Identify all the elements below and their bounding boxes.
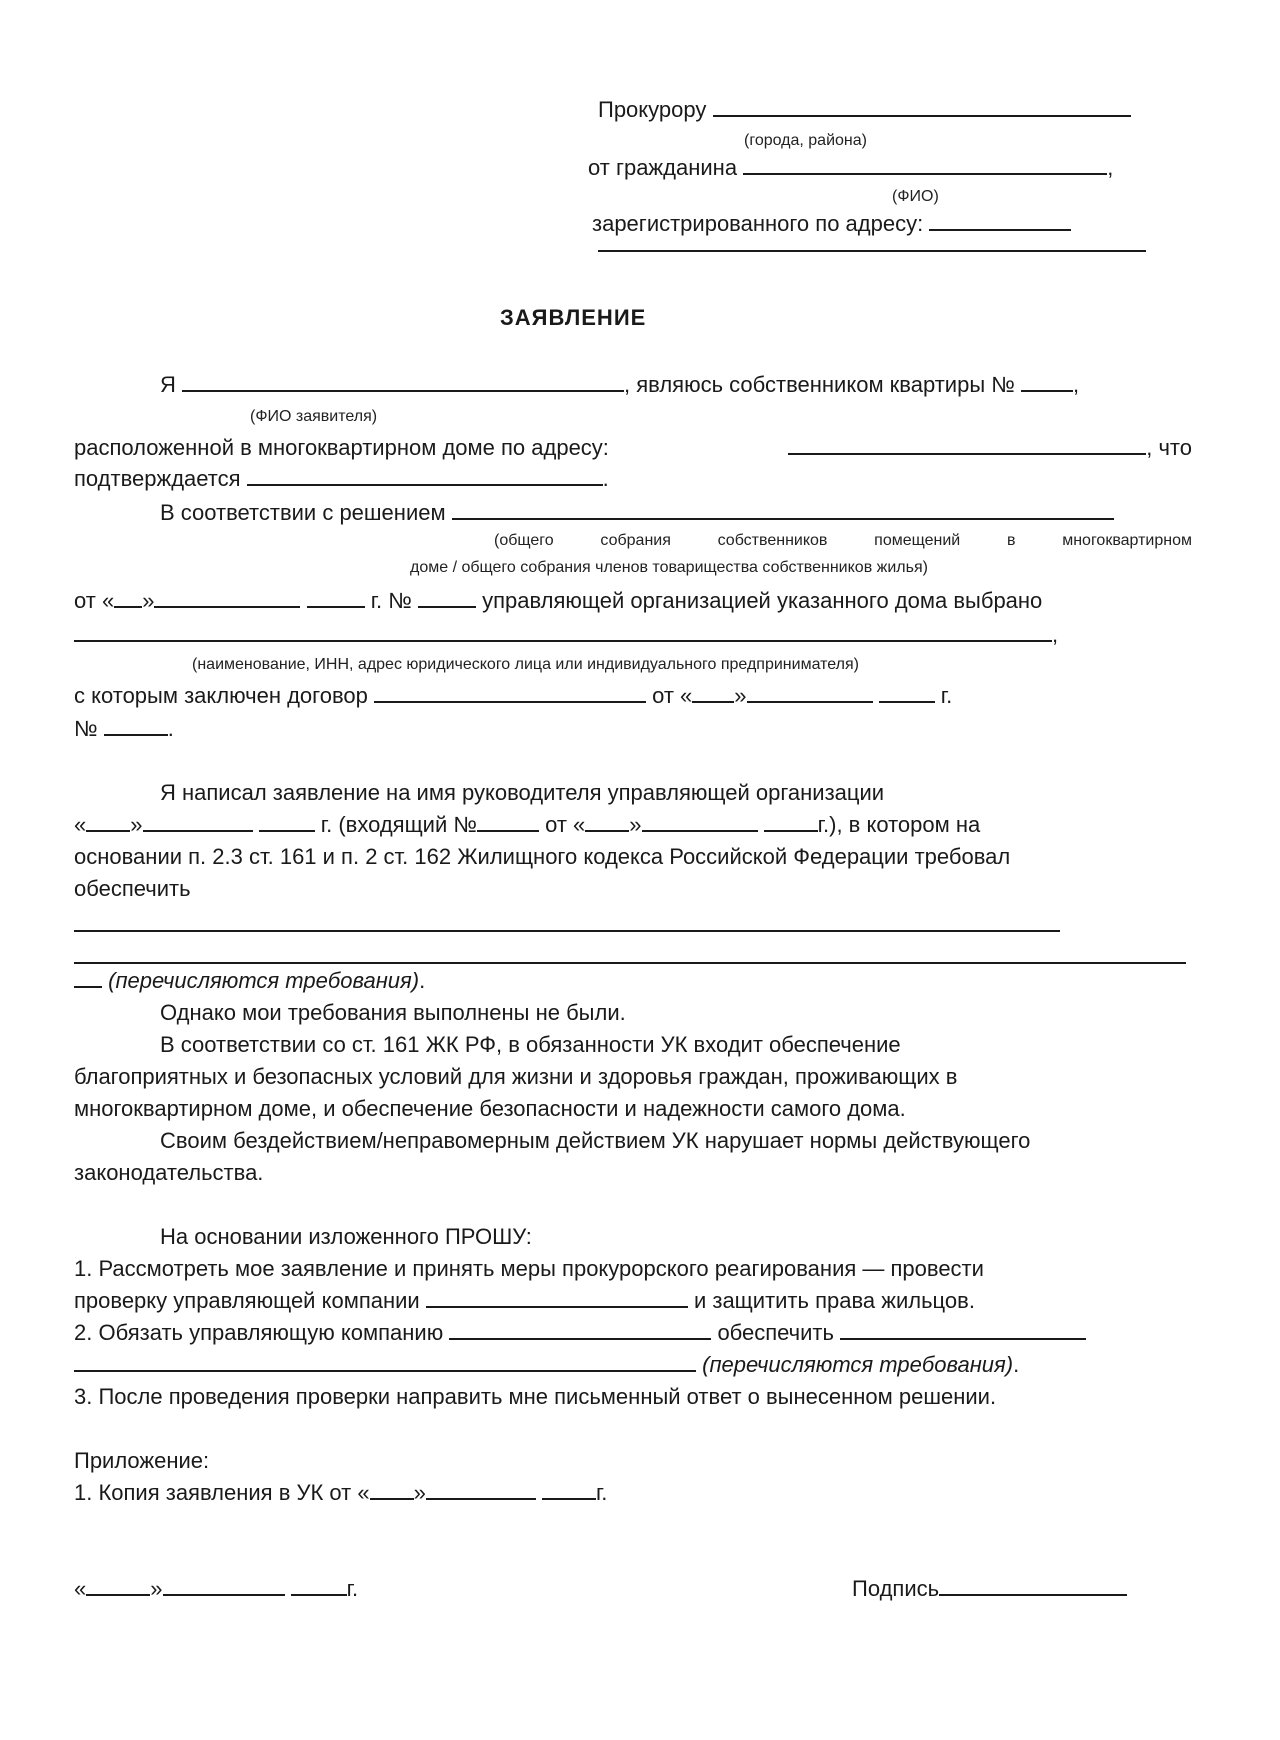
- complaint-month-field[interactable]: [143, 812, 253, 832]
- ensure-field[interactable]: [840, 1320, 1086, 1340]
- addressee-line: Прокурору: [598, 97, 1131, 123]
- according-text: В соответствии с решением: [160, 500, 446, 525]
- complaint-line-4: обеспечить: [74, 876, 191, 902]
- from-line: от гражданина ,: [588, 155, 1113, 181]
- incoming-number-field[interactable]: [477, 812, 539, 832]
- signature-line: Подпись: [852, 1576, 1127, 1602]
- attachment-year-field[interactable]: [542, 1480, 596, 1500]
- complaint-line-1: Я написал заявление на имя руководителя …: [160, 780, 884, 806]
- address-line: зарегистрированного по адресу:: [592, 211, 1071, 237]
- address-field-continued[interactable]: [598, 250, 1146, 252]
- owner-line: Я , являюсь собственником квартиры № ,: [160, 372, 1079, 398]
- attachment-label: Приложение:: [74, 1448, 209, 1474]
- document-title: ЗАЯВЛЕНИЕ: [500, 305, 646, 331]
- confirmed-line: подтверждается .: [74, 466, 609, 492]
- requirements-hint: (перечисляются требования): [108, 968, 419, 993]
- requirements-hint-line: (перечисляются требования).: [74, 968, 425, 994]
- applicant-hint: (ФИО заявителя): [250, 408, 377, 426]
- request-intro: На основании изложенного ПРОШУ:: [160, 1224, 532, 1250]
- org-line: ,: [74, 622, 1058, 648]
- apartment-number-field[interactable]: [1021, 372, 1073, 392]
- prosecutor-field[interactable]: [713, 97, 1131, 117]
- complaint-year-field[interactable]: [259, 812, 315, 832]
- duty-line-3: многоквартирном доме, и обеспечение безо…: [74, 1096, 906, 1122]
- footer-date: «» г.: [74, 1576, 358, 1602]
- duty-line-2: благоприятных и безопасных условий для ж…: [74, 1064, 957, 1090]
- to-hint: (города, района): [744, 132, 867, 150]
- incoming-day-field[interactable]: [585, 812, 629, 832]
- request-item-3: 3. После проведения проверки направить м…: [74, 1384, 996, 1410]
- to-label: Прокурору: [598, 97, 706, 122]
- footer-day-field[interactable]: [86, 1576, 150, 1596]
- applicant-name-field[interactable]: [182, 372, 624, 392]
- request-item-2-line-1: 2. Обязать управляющую компанию обеспечи…: [74, 1320, 1086, 1346]
- request-requirements-hint: (перечисляются требования): [702, 1352, 1013, 1377]
- located-text: расположенной в многоквартирном доме по …: [74, 435, 609, 461]
- decision-month-field[interactable]: [154, 588, 300, 608]
- incoming-year-field[interactable]: [764, 812, 818, 832]
- management-org-field[interactable]: [74, 622, 1052, 642]
- decision-number-field[interactable]: [418, 588, 476, 608]
- not-fulfilled-text: Однако мои требования выполнены не были.: [160, 1000, 626, 1026]
- attachment-item-1: 1. Копия заявления в УК от «» г.: [74, 1480, 607, 1506]
- contract-number-field[interactable]: [104, 716, 168, 736]
- decision-date-line: от «» г. № управляющей организацией указ…: [74, 588, 1042, 614]
- from-hint: (ФИО): [892, 188, 939, 206]
- complaint-line-3: основании п. 2.3 ст. 161 и п. 2 ст. 162 …: [74, 844, 1010, 870]
- complaint-line-2: «» г. (входящий № от «» г.), в котором н…: [74, 812, 980, 838]
- address-field[interactable]: [929, 211, 1071, 231]
- decision-body-field[interactable]: [452, 500, 1114, 520]
- org-hint: (наименование, ИНН, адрес юридического л…: [192, 656, 859, 674]
- inspect-company-field[interactable]: [426, 1288, 688, 1308]
- from-label: от гражданина: [588, 155, 737, 180]
- request-item-2-line-2: (перечисляются требования).: [74, 1352, 1019, 1378]
- decision-hint-1: (общего собрания собственников помещений…: [494, 532, 1192, 550]
- ya-text: Я: [160, 372, 176, 397]
- attachment-day-field[interactable]: [370, 1480, 414, 1500]
- decision-hint-2: доме / общего собрания членов товарищест…: [410, 559, 928, 577]
- confirmed-text: подтверждается: [74, 466, 241, 491]
- violation-line-1: Своим бездействием/неправомерным действи…: [160, 1128, 1030, 1154]
- incoming-month-field[interactable]: [642, 812, 758, 832]
- contract-field[interactable]: [374, 683, 646, 703]
- requirements-field-2[interactable]: [74, 962, 1186, 964]
- violation-line-2: законодательства.: [74, 1160, 263, 1186]
- decision-day-field[interactable]: [114, 588, 142, 608]
- signature-label: Подпись: [852, 1576, 939, 1601]
- contract-text: с которым заключен договор: [74, 683, 368, 708]
- footer-month-field[interactable]: [163, 1576, 285, 1596]
- obligate-company-field[interactable]: [449, 1320, 711, 1340]
- confirmation-doc-field[interactable]: [247, 466, 603, 486]
- house-address-field[interactable]: [788, 435, 1146, 455]
- contract-day-field[interactable]: [692, 683, 734, 703]
- located-line: расположенной в многоквартирном доме по …: [74, 435, 1192, 461]
- contract-number-line: № .: [74, 716, 174, 742]
- chosen-text: управляющей организацией указанного дома…: [482, 588, 1042, 613]
- decision-line: В соответствии с решением: [160, 500, 1114, 526]
- contract-year-field[interactable]: [879, 683, 935, 703]
- attachment-month-field[interactable]: [426, 1480, 536, 1500]
- complaint-day-field[interactable]: [86, 812, 130, 832]
- owner-text: , являюсь собственником квартиры №: [624, 372, 1015, 397]
- signature-field[interactable]: [939, 1576, 1127, 1596]
- footer-year-field[interactable]: [291, 1576, 347, 1596]
- address-label: зарегистрированного по адресу:: [592, 211, 923, 236]
- request-item-1-line-2: проверку управляющей компании и защитить…: [74, 1288, 975, 1314]
- requirements-field-3[interactable]: [74, 968, 102, 988]
- request-item-1-line-1: 1. Рассмотреть мое заявление и принять м…: [74, 1256, 984, 1282]
- decision-year-field[interactable]: [307, 588, 365, 608]
- contract-line: с которым заключен договор от «» г.: [74, 683, 952, 709]
- ensure-field-continued[interactable]: [74, 1352, 696, 1372]
- contract-month-field[interactable]: [747, 683, 873, 703]
- requirements-field-1[interactable]: [74, 930, 1060, 932]
- citizen-name-field[interactable]: [743, 155, 1107, 175]
- duty-line-1: В соответствии со ст. 161 ЖК РФ, в обяза…: [160, 1032, 901, 1058]
